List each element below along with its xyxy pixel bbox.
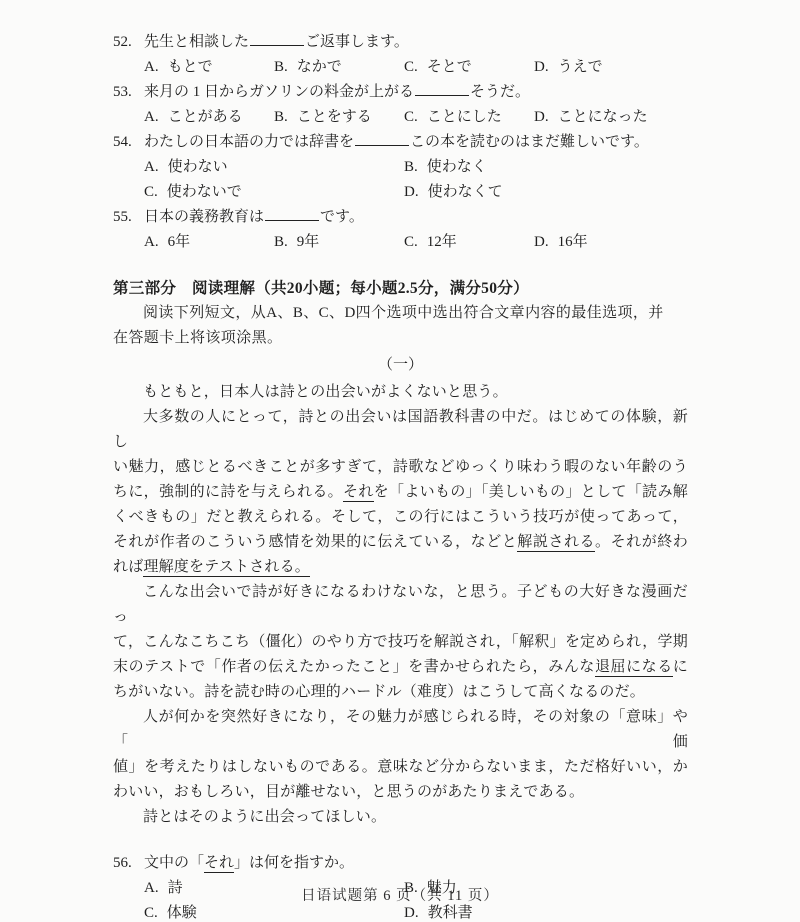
option-label: A. [144, 234, 159, 250]
text-segment: を「よいもの」「美しいもの」として「読み解 [374, 484, 688, 500]
text-segment: くべきもの」だと教えられる。そして，この行にはこういう技巧が使ってあって， [113, 509, 688, 525]
option-text: 教科書 [428, 905, 473, 921]
option-D: D.16年 [534, 230, 688, 255]
passage-line: もともと，日本人は詩との出会いがよくないと思う。 [113, 380, 688, 405]
passage-line: れば理解度をテストされる。 [113, 555, 688, 580]
option-label: D. [534, 59, 549, 75]
text-segment: ご返事します。 [305, 34, 409, 50]
text-segment: 文中の「 [144, 855, 204, 871]
question-text: 日本の義務教育はです。 [144, 209, 364, 225]
question-number: 52. [113, 30, 144, 55]
grammar-question-list: 52.先生と相談したご返事します。A.もとでB.なかでC.そとでD.うえで53.… [113, 30, 688, 255]
passage-paragraph: こんな出会いで詩が好きになるわけないな，と思う。子どもの大好きな漫画だって，こん… [113, 580, 688, 705]
option-text: 体験 [167, 905, 197, 921]
text-segment: 。それが終わ [595, 534, 688, 550]
text-segment: もともと，日本人は詩との出会いがよくないと思う。 [143, 384, 508, 400]
option-label: B. [274, 234, 288, 250]
passage-line: ちがいない。詩を読む時の心理的ハードル（难度）はこうして高くなるのだ。 [113, 680, 688, 705]
text-segment: そうだ。 [470, 84, 530, 100]
option-label: B. [404, 159, 418, 175]
option-C: C.ことにした [404, 105, 534, 130]
option-B: B.9年 [274, 230, 404, 255]
question-stem: 52.先生と相談したご返事します。 [113, 30, 688, 55]
text-segment: わいい，おもしろい，目が離せない，と思うのがあたりまえである。 [113, 784, 584, 800]
question-number: 55. [113, 205, 144, 230]
option-label: D. [404, 905, 419, 921]
option-text: ことがある [168, 109, 243, 125]
text-segment: 末のテストで「作者の伝えたかったこと」を書かせられたら，みんな [113, 659, 595, 675]
underlined-phrase: それ [204, 855, 234, 873]
passage-paragraph: 詩とはそのように出会ってほしい。 [113, 805, 688, 830]
option-text: もとで [168, 59, 213, 75]
question-53: 53.来月の 1 日からガソリンの料金が上がるそうだ。A.ことがあるB.ことをす… [113, 80, 688, 130]
option-A: A.6年 [144, 230, 274, 255]
option-text: なかで [297, 59, 342, 75]
question-text: 来月の 1 日からガソリンの料金が上がるそうだ。 [144, 84, 530, 100]
underlined-phrase: 解説される [517, 534, 595, 552]
answer-blank [415, 83, 469, 96]
text-segment: い魅力，感じとるべきことが多すぎて，詩歌などゆっくり味わう暇のない年齢のう [113, 459, 688, 475]
passage-line: ちに，強制的に詩を与えられる。それを「よいもの」「美しいもの」として「読み解 [113, 480, 688, 505]
text-segment: 大多数の人にとって，詩との出会いは国語教科書の中だ。はじめての体験，新し [113, 409, 688, 450]
answer-blank [265, 208, 319, 221]
passage-label: （一） [113, 352, 688, 378]
question-number: 56. [113, 851, 144, 876]
option-row: A.6年B.9年C.12年D.16年 [113, 230, 688, 255]
section-title: 第三部分 阅读理解（共20小题；每小题2.5分，满分50分） [113, 276, 688, 301]
underlined-phrase: それ [343, 484, 374, 502]
text-segment: れば [113, 559, 143, 575]
option-row: A.ことがあるB.ことをするC.ことにしたD.ことになった [113, 105, 688, 130]
page-footer: 日语试题第 6 页（共 11 页） [0, 884, 800, 905]
question-stem: 54.わたしの日本語の力では辞書をこの本を読むのはまだ難しいです。 [113, 130, 688, 155]
option-text: ことにした [427, 109, 502, 125]
text-segment: 詩とはそのように出会ってほしい。 [143, 809, 386, 825]
option-A: A.使わない [144, 155, 404, 180]
question-number: 53. [113, 80, 144, 105]
option-row: A.もとでB.なかでC.そとでD.うえで [113, 55, 688, 80]
option-text: 6年 [168, 234, 191, 250]
question-54: 54.わたしの日本語の力では辞書をこの本を読むのはまだ難しいです。A.使わないB… [113, 130, 688, 205]
reading-passage: もともと，日本人は詩との出会いがよくないと思う。大多数の人にとって，詩との出会い… [113, 380, 688, 830]
option-label: C. [404, 234, 418, 250]
option-C: C.12年 [404, 230, 534, 255]
text-segment: ちに，強制的に詩を与えられる。 [113, 484, 343, 500]
text-segment: て，こんなこちこち（僵化）のやり方で技巧を解説され，「解釈」を定められ，学期 [113, 634, 688, 650]
text-segment: です。 [320, 209, 364, 225]
text-segment: 日本の義務教育は [144, 209, 264, 225]
passage-line: 末のテストで「作者の伝えたかったこと」を書かせられたら，みんな退屈になるに [113, 655, 688, 680]
option-text: うえで [558, 59, 603, 75]
underlined-phrase: 理解度をテストされる。 [143, 559, 310, 577]
text-segment: それが作者のこういう感情を効果的に伝えている，などと [113, 534, 517, 550]
exam-page: 52.先生と相談したご返事します。A.もとでB.なかでC.そとでD.うえで53.… [0, 0, 800, 922]
section-instructions-line2: 在答题卡上将该项涂黑。 [113, 326, 688, 351]
text-segment: こんな出会いで詩が好きになるわけないな，と思う。子どもの大好きな漫画だっ [113, 584, 688, 625]
passage-paragraph: もともと，日本人は詩との出会いがよくないと思う。 [113, 380, 688, 405]
text-segment: この本を読むのはまだ難しいです。 [410, 134, 649, 150]
passage-line: 大多数の人にとって，詩との出会いは国語教科書の中だ。はじめての体験，新し [113, 405, 688, 455]
option-text: 9年 [297, 234, 320, 250]
text-segment: 値」を考えたりはしないものである。意味など分からないまま，ただ格好いい，か [113, 759, 688, 775]
question-52: 52.先生と相談したご返事します。A.もとでB.なかでC.そとでD.うえで [113, 30, 688, 80]
option-label: D. [404, 184, 419, 200]
option-text: 16年 [558, 234, 588, 250]
text-segment: に [673, 659, 688, 675]
option-label: D. [534, 109, 549, 125]
option-text: 使わなく [427, 159, 487, 175]
text-segment: 」は何を指すか。 [234, 855, 354, 871]
option-D: D.うえで [534, 55, 688, 80]
option-B: B.なかで [274, 55, 404, 80]
option-text: ことになった [558, 109, 648, 125]
underlined-phrase: 退屈になる [595, 659, 673, 677]
passage-line: い魅力，感じとるべきことが多すぎて，詩歌などゆっくり味わう暇のない年齢のう [113, 455, 688, 480]
option-D: D.ことになった [534, 105, 688, 130]
question-stem: 53.来月の 1 日からガソリンの料金が上がるそうだ。 [113, 80, 688, 105]
option-A: A.もとで [144, 55, 274, 80]
question-number: 54. [113, 130, 144, 155]
option-text: ことをする [297, 109, 372, 125]
passage-line: て，こんなこちこち（僵化）のやり方で技巧を解説され，「解釈」を定められ，学期 [113, 630, 688, 655]
passage-paragraph: 人が何かを突然好きになり，その魅力が感じられる時，その対象の「意味」や「価値」を… [113, 705, 688, 805]
option-label: B. [274, 59, 288, 75]
option-D: D.使わなくて [404, 180, 688, 205]
passage-line: それが作者のこういう感情を効果的に伝えている，などと解説される。それが終わ [113, 530, 688, 555]
option-label: C. [144, 184, 158, 200]
question-text: 先生と相談したご返事します。 [144, 34, 409, 50]
passage-paragraph: 大多数の人にとって，詩との出会いは国語教科書の中だ。はじめての体験，新しい魅力，… [113, 405, 688, 580]
option-B: B.使わなく [404, 155, 688, 180]
text-segment: わたしの日本語の力では辞書を [144, 134, 354, 150]
option-label: A. [144, 59, 159, 75]
option-A: A.ことがある [144, 105, 274, 130]
option-label: C. [404, 109, 418, 125]
passage-line: 詩とはそのように出会ってほしい。 [113, 805, 688, 830]
answer-blank [355, 133, 409, 146]
option-text: 使わないで [167, 184, 242, 200]
question-stem: 55.日本の義務教育はです。 [113, 205, 688, 230]
question-stem: 56.文中の「それ」は何を指すか。 [113, 851, 688, 876]
answer-blank [250, 33, 304, 46]
option-C: C.そとで [404, 55, 534, 80]
text-segment: 先生と相談した [144, 34, 249, 50]
text-segment: 人が何かを突然好きになり，その魅力が感じられる時，その対象の「意味」や「価 [113, 709, 688, 750]
option-C: C.使わないで [144, 180, 404, 205]
text-segment: ちがいない。詩を読む時の心理的ハードル（难度）はこうして高くなるのだ。 [113, 684, 645, 700]
option-label: A. [144, 159, 159, 175]
passage-line: こんな出会いで詩が好きになるわけないな，と思う。子どもの大好きな漫画だっ [113, 580, 688, 630]
option-text: 使わなくて [428, 184, 503, 200]
option-text: 使わない [168, 159, 228, 175]
option-label: D. [534, 234, 549, 250]
option-B: B.ことをする [274, 105, 404, 130]
option-label: A. [144, 109, 159, 125]
reading-section: 第三部分 阅读理解（共20小题；每小题2.5分，满分50分） 阅读下列短文，从A… [113, 276, 688, 830]
option-label: C. [404, 59, 418, 75]
section-instructions-line1: 阅读下列短文，从A、B、C、D四个选项中选出符合文章内容的最佳选项，并 [113, 301, 688, 326]
option-label: C. [144, 905, 158, 921]
passage-line: 人が何かを突然好きになり，その魅力が感じられる時，その対象の「意味」や「価 [113, 705, 688, 755]
option-text: 12年 [427, 234, 457, 250]
passage-line: わいい，おもしろい，目が離せない，と思うのがあたりまえである。 [113, 780, 688, 805]
question-text: 文中の「それ」は何を指すか。 [144, 855, 354, 873]
passage-line: 値」を考えたりはしないものである。意味など分からないまま，ただ格好いい，か [113, 755, 688, 780]
passage-line: くべきもの」だと教えられる。そして，この行にはこういう技巧が使ってあって， [113, 505, 688, 530]
option-text: そとで [427, 59, 472, 75]
text-segment: 来月の 1 日からガソリンの料金が上がる [144, 84, 414, 100]
option-row: A.使わないB.使わなくC.使わないでD.使わなくて [113, 155, 688, 205]
question-55: 55.日本の義務教育はです。A.6年B.9年C.12年D.16年 [113, 205, 688, 255]
question-text: わたしの日本語の力では辞書をこの本を読むのはまだ難しいです。 [144, 134, 649, 150]
option-label: B. [274, 109, 288, 125]
